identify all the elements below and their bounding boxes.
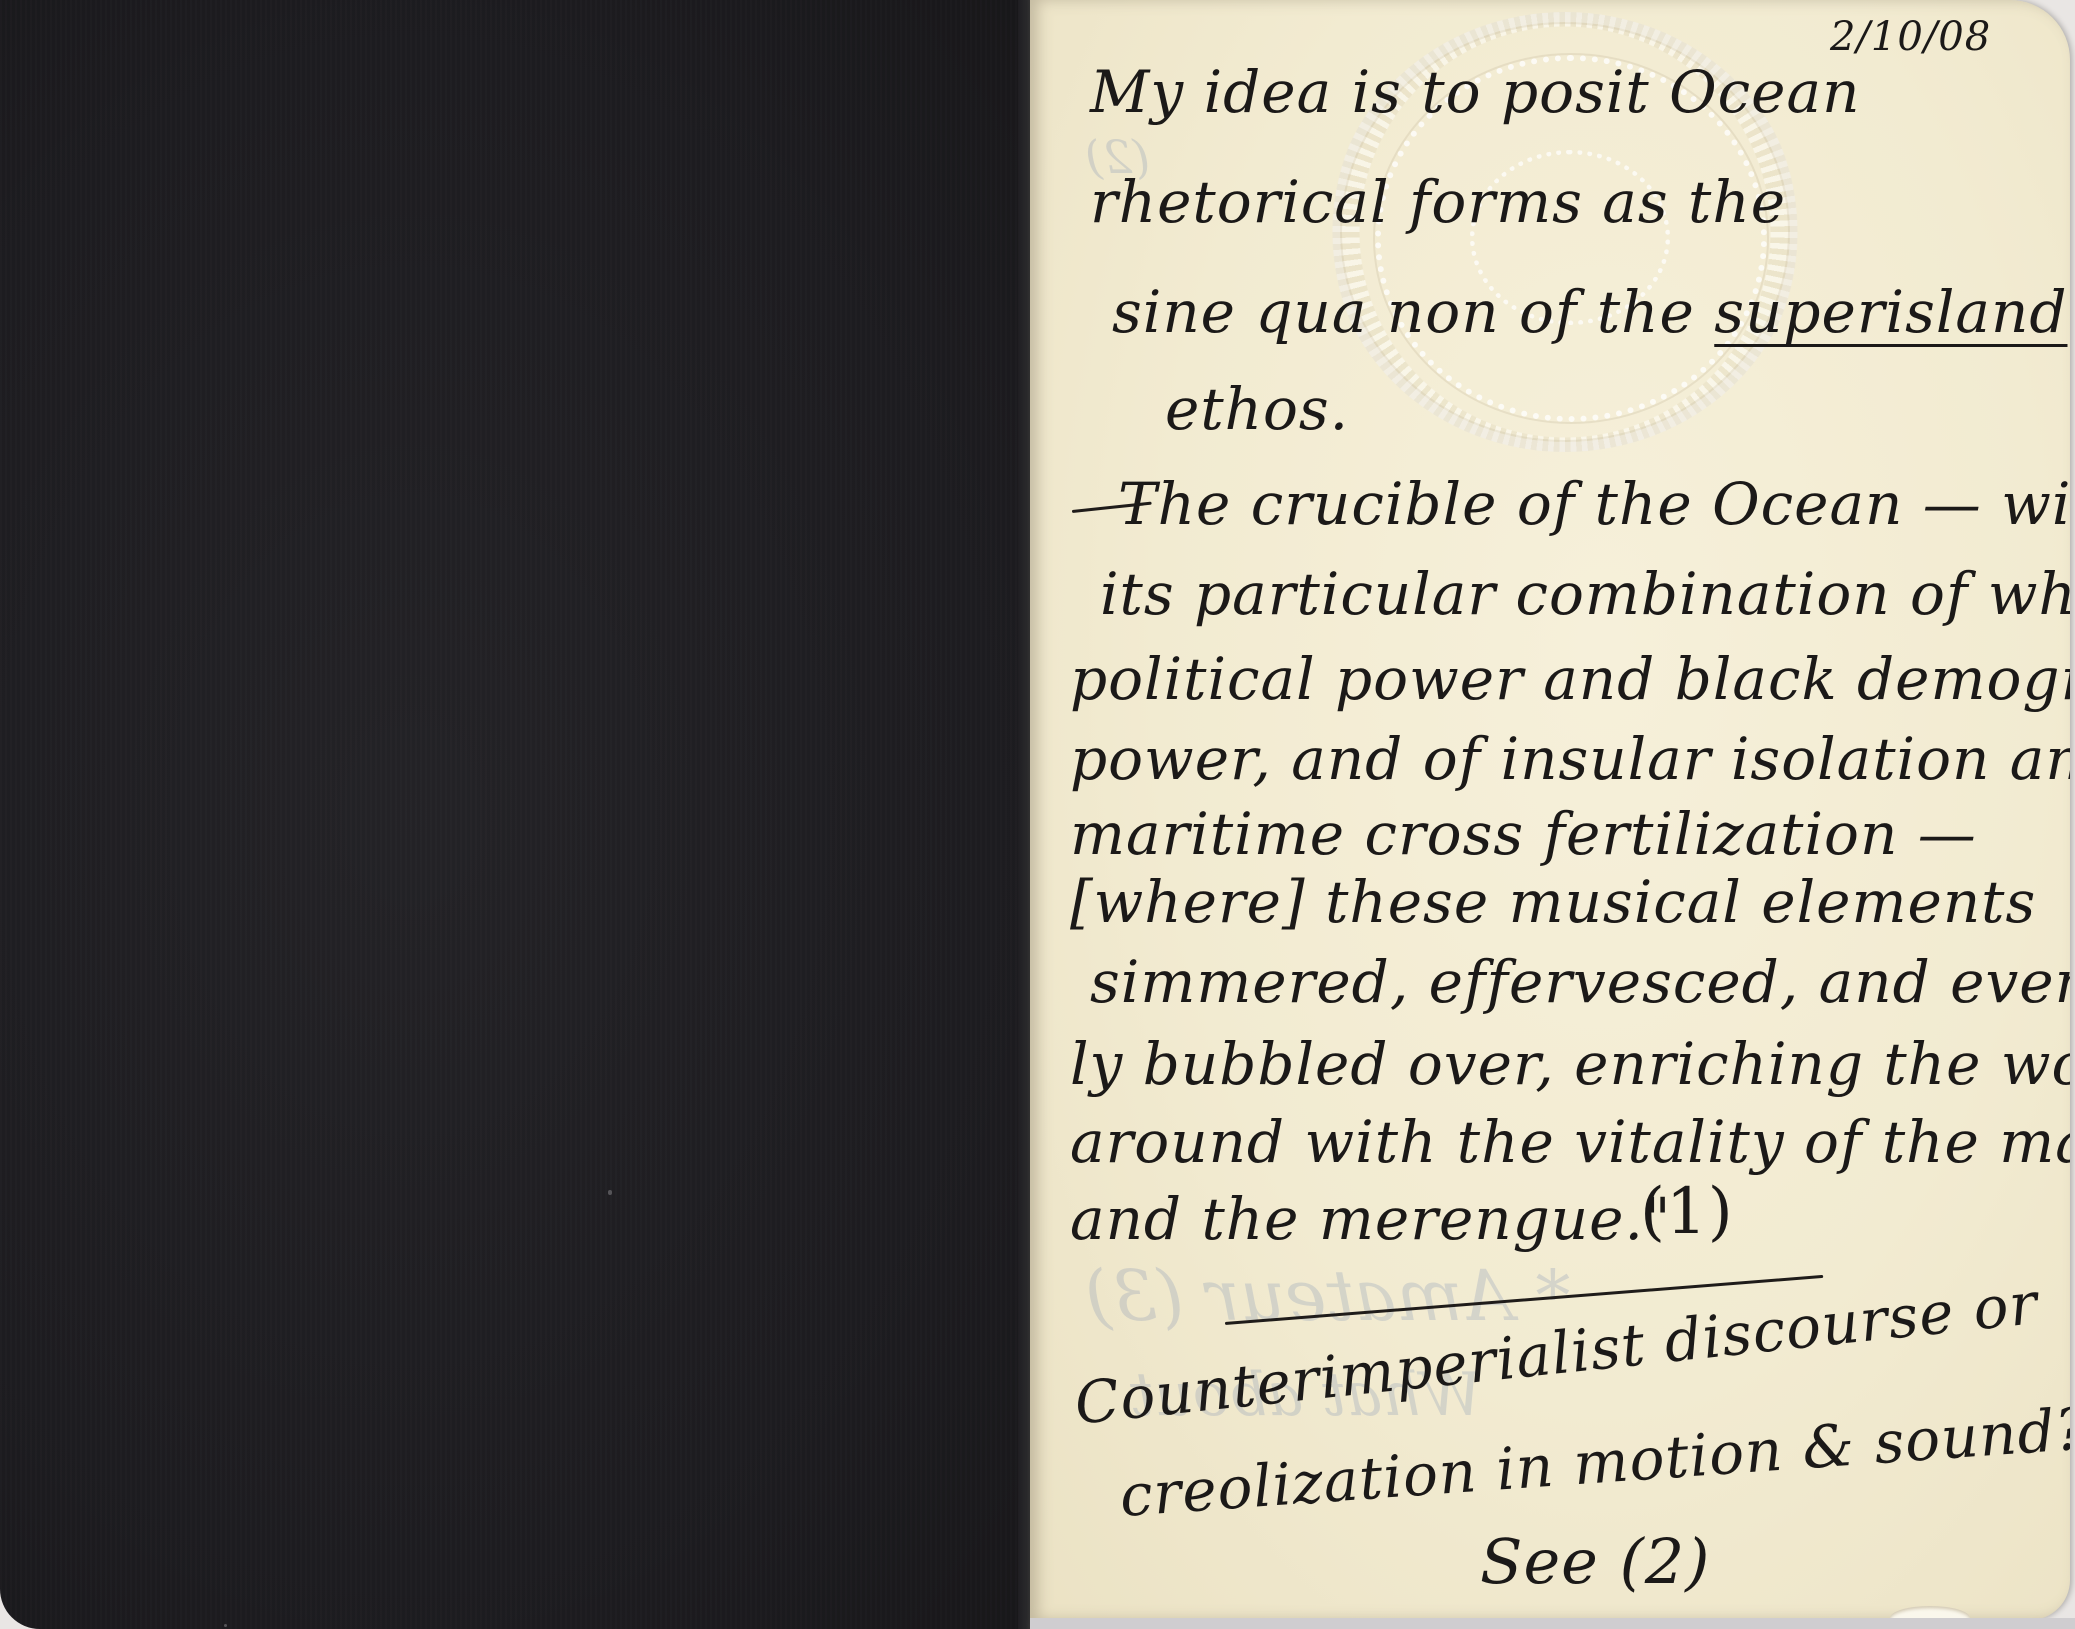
note-line: [where] these musical elements — [1070, 868, 2036, 936]
note-line: ethos. — [1165, 375, 1349, 443]
note-date: 2/10/08 — [1830, 14, 1991, 60]
footnote-marker-1: (1) — [1640, 1175, 1734, 1249]
note-line: maritime cross fertilization — — [1070, 800, 1977, 868]
dust-speck — [224, 1624, 227, 1627]
page-bottom-edge — [1030, 1618, 2075, 1629]
note-line: sine qua non of the superisland — [1112, 278, 2067, 346]
underlined-word: superisland — [1714, 278, 2067, 346]
see-reference-2: See (2) — [1480, 1525, 1710, 1598]
note-line: political power and black demographic — [1070, 645, 2070, 713]
note-line: its particular combination of white — [1100, 560, 2070, 628]
notebook-spread: (2) * Amateur (3) What about 2/10/08 My … — [0, 0, 2075, 1629]
note-line: power, and of insular isolation and — [1070, 725, 2070, 793]
note-line: My idea is to posit Ocean — [1090, 58, 1860, 126]
right-page-notes: (2) * Amateur (3) What about 2/10/08 My … — [1030, 0, 2070, 1620]
note-line: ly bubbled over, enriching the world — [1070, 1030, 2070, 1098]
dust-speck — [608, 1190, 612, 1195]
note-line: and the merengue." — [1070, 1185, 1672, 1253]
note-line-text: sine qua non of the — [1112, 278, 1695, 346]
note-line: around with the vitality of the mambo — [1070, 1108, 2070, 1176]
note-line: The crucible of the Ocean — with — [1118, 470, 2070, 538]
note-line: simmered, effervesced, and eventual- — [1090, 948, 2070, 1016]
note-line: rhetorical forms as the — [1090, 168, 1786, 236]
left-page-black-cover — [0, 0, 1030, 1629]
